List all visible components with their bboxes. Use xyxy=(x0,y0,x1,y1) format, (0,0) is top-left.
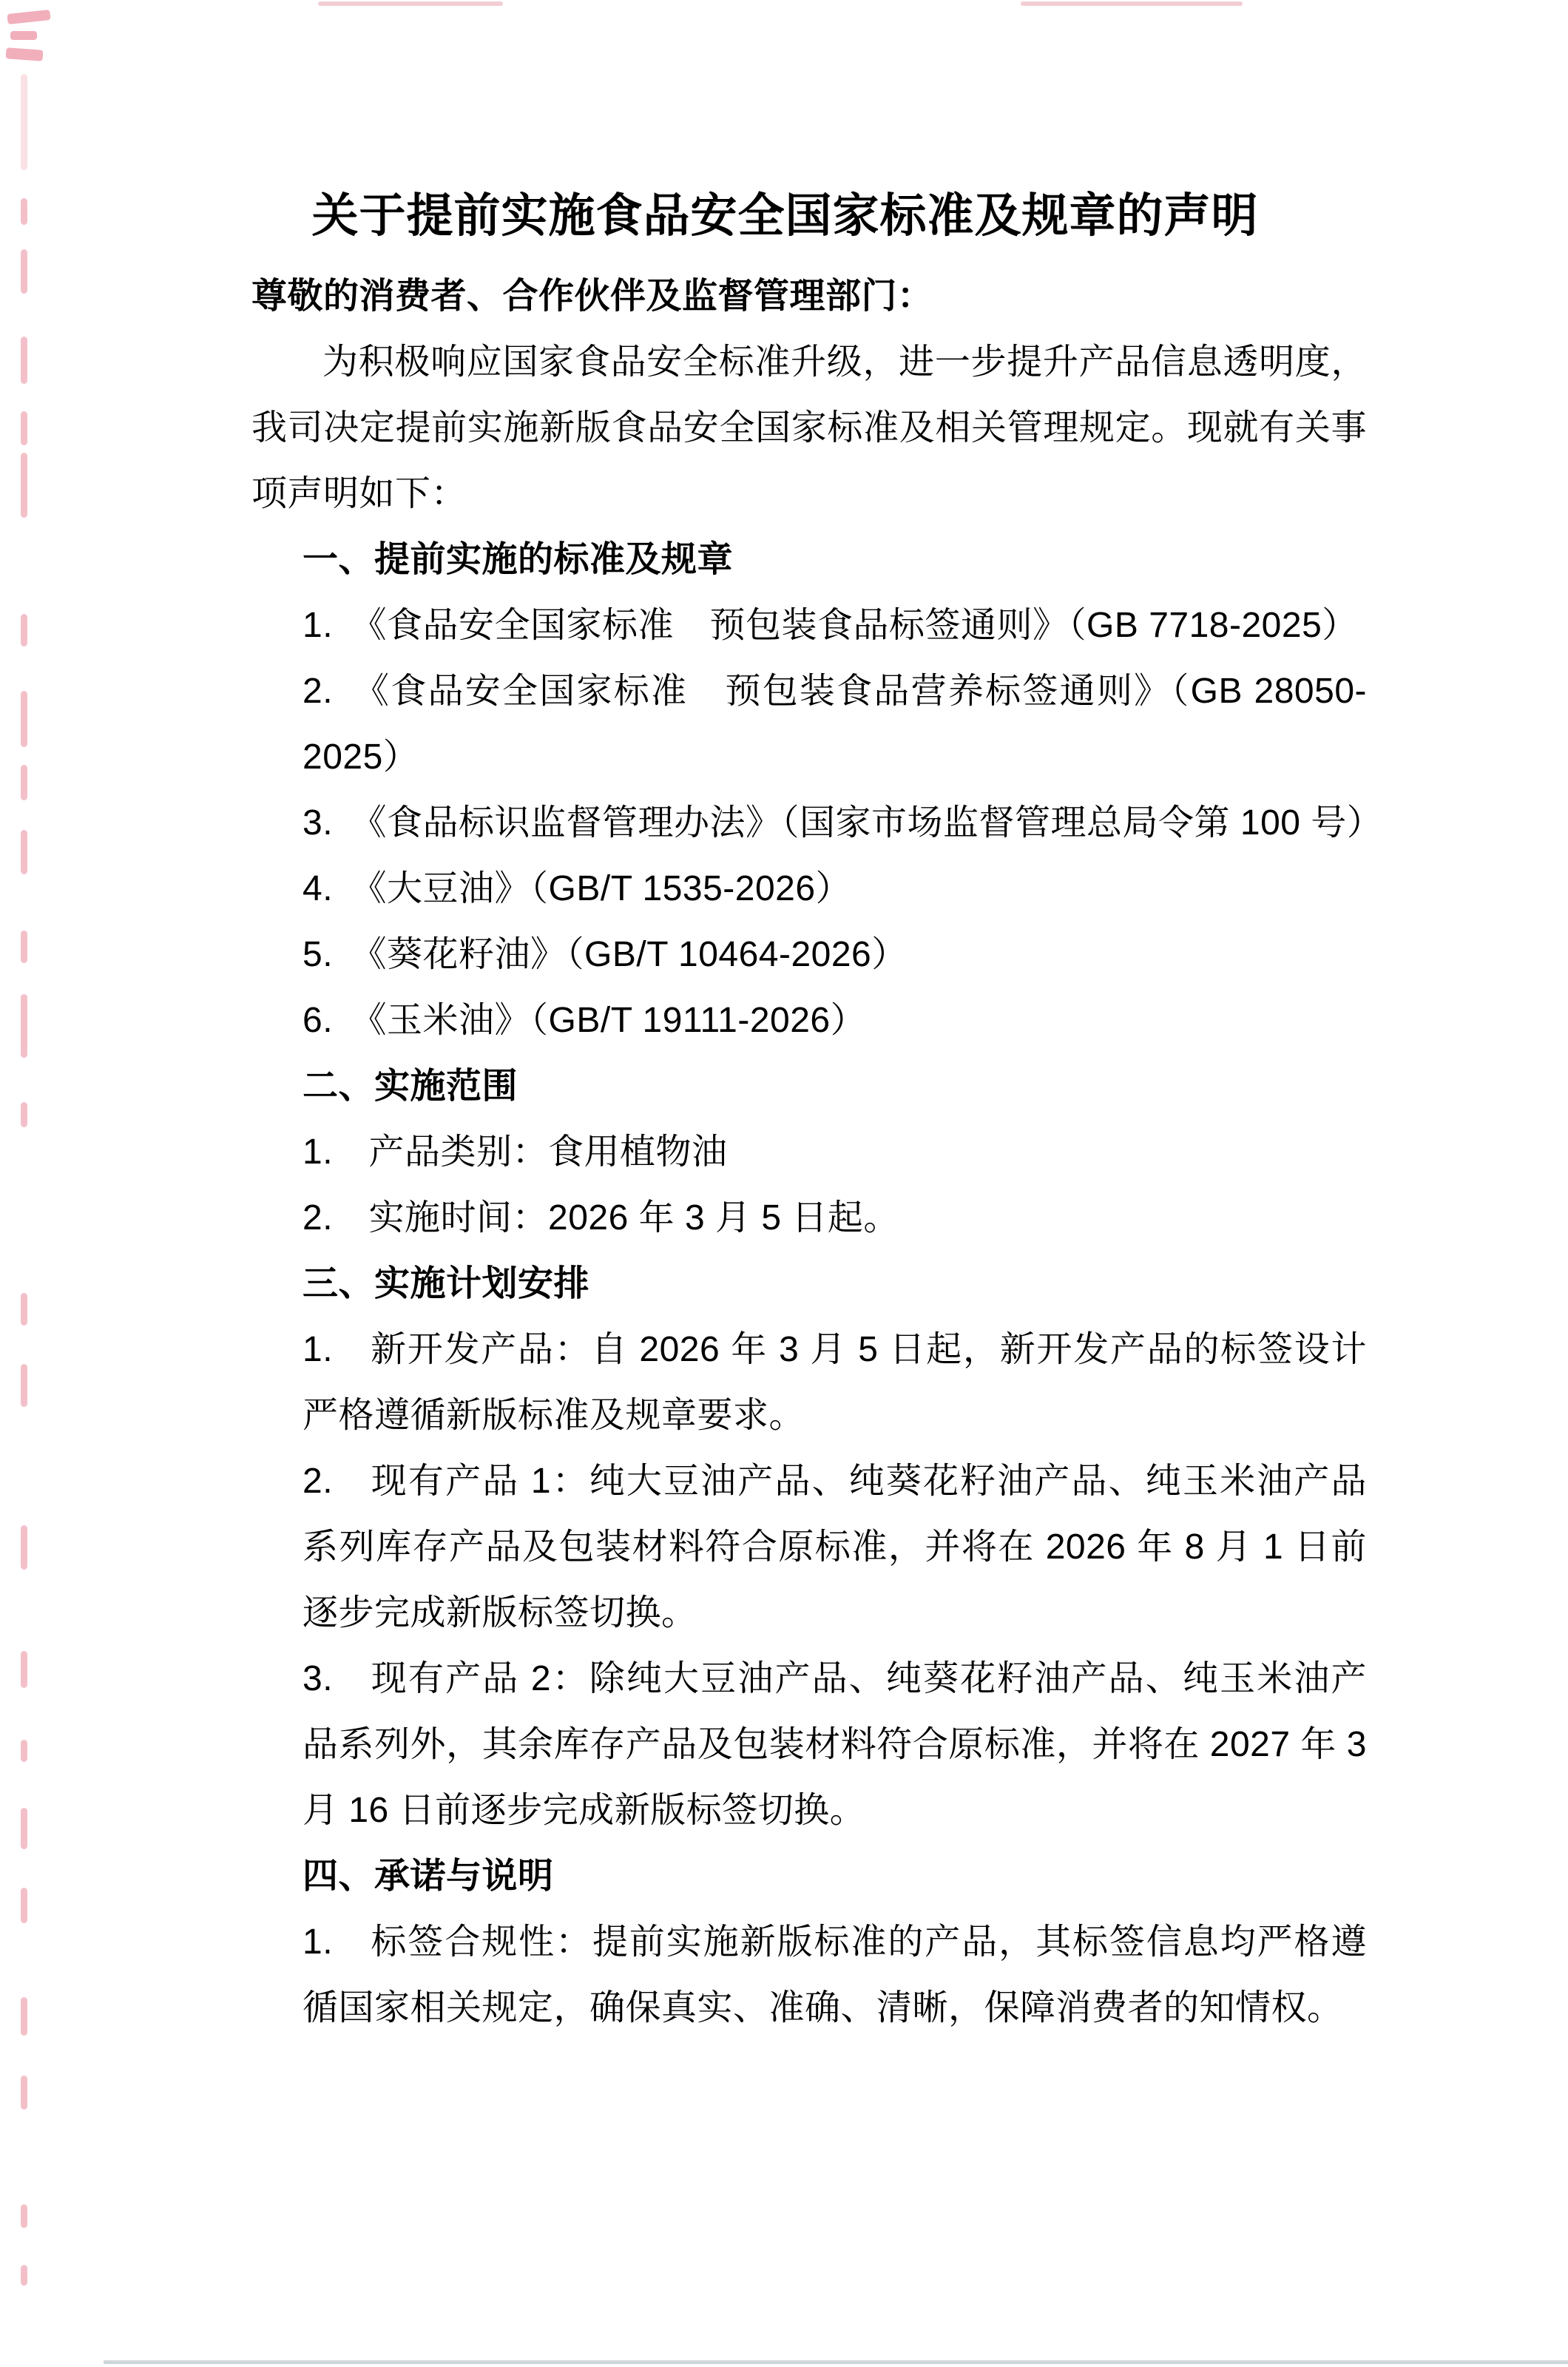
scan-artifact-left xyxy=(21,2204,27,2228)
scan-artifact-left xyxy=(21,2265,27,2286)
section-heading-4: 四、承诺与说明 xyxy=(303,1843,1367,1909)
list-item: 4. 《大豆油》（GB/T 1535-2026） xyxy=(303,856,1367,922)
list-item: 2. 《食品安全国家标准 预包装食品营养标签通则》（GB 28050-2025） xyxy=(303,658,1367,790)
section-heading-3: 三、实施计划安排 xyxy=(303,1251,1367,1317)
document-page: 关于提前实施食品安全国家标准及规章的声明 尊敬的消费者、合作伙伴及监督管理部门：… xyxy=(0,0,1568,2041)
list-item: 2. 实施时间：2026 年 3 月 5 日起。 xyxy=(303,1185,1367,1251)
intro-paragraph: 为积极响应国家食品安全标准升级，进一步提升产品信息透明度，我司决定提前实施新版食… xyxy=(251,329,1367,527)
salutation: 尊敬的消费者、合作伙伴及监督管理部门： xyxy=(251,263,1367,329)
list-item: 6. 《玉米油》（GB/T 19111-2026） xyxy=(303,987,1367,1053)
scan-artifact-left xyxy=(21,2076,27,2110)
list-item: 1. 新开发产品：自 2026 年 3 月 5 日起，新开发产品的标签设计严格遵… xyxy=(303,1317,1367,1448)
list-item: 1. 《食品安全国家标准 预包装食品标签通则》（GB 7718-2025） xyxy=(303,592,1367,658)
list-item: 3. 现有产品 2：除纯大豆油产品、纯葵花籽油产品、纯玉米油产品系列外，其余库存… xyxy=(303,1646,1367,1843)
list-item: 1. 标签合规性：提前实施新版标准的产品，其标签信息均严格遵循国家相关规定，确保… xyxy=(303,1909,1367,2041)
list-item: 5. 《葵花籽油》（GB/T 10464-2026） xyxy=(303,922,1367,987)
list-item: 2. 现有产品 1：纯大豆油产品、纯葵花籽油产品、纯玉米油产品系列库存产品及包装… xyxy=(303,1448,1367,1646)
list-item: 1. 产品类别：食用植物油 xyxy=(303,1119,1367,1185)
scan-artifact-bottom-edge xyxy=(104,2360,1568,2364)
list-item: 3. 《食品标识监督管理办法》（国家市场监督管理总局令第 100 号） xyxy=(303,790,1367,856)
document-title: 关于提前实施食品安全国家标准及规章的声明 xyxy=(203,185,1367,247)
section-heading-2: 二、实施范围 xyxy=(303,1053,1367,1119)
section-heading-1: 一、提前实施的标准及规章 xyxy=(303,527,1367,592)
